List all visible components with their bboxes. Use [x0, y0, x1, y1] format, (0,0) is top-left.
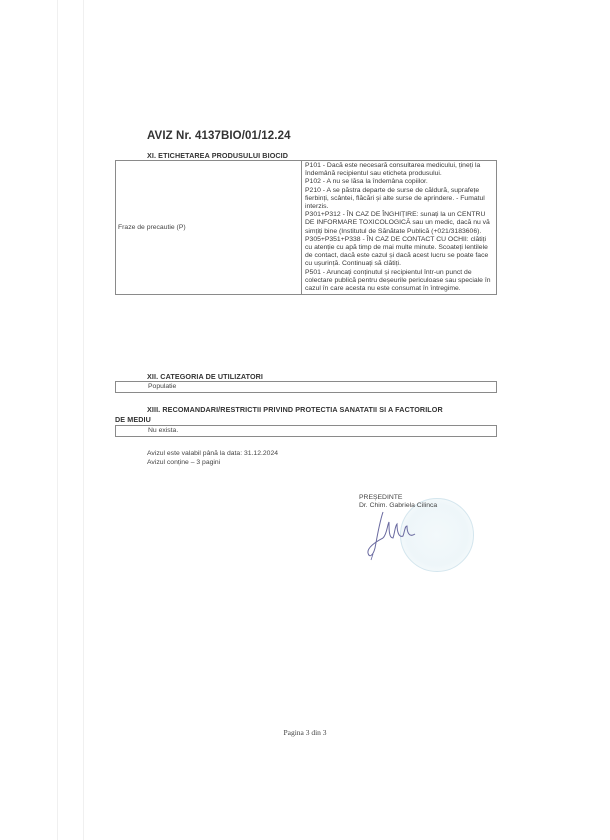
precaution-phrases: P101 - Dacă este necesară consultarea me… [302, 161, 497, 295]
page-number: Pagina 3 din 3 [0, 728, 610, 737]
labeling-table: Fraze de precautie (P) P101 - Dacă este … [115, 160, 497, 295]
scan-artifact-line [57, 0, 58, 840]
phrase-p501: P501 - Aruncați conținutul și recipientu… [305, 269, 494, 294]
scan-artifact-line [83, 0, 84, 840]
table-row: Fraze de precautie (P) P101 - Dacă este … [116, 161, 497, 295]
phrase-p210: P210 - A se păstra departe de surse de c… [305, 187, 494, 212]
recommendations-value: Nu exista. [148, 427, 178, 434]
section-xi-heading: XI. ETICHETAREA PRODUSULUI BIOCID [147, 151, 288, 160]
section-xiii-heading: XIII. RECOMANDARI/RESTRICTII PRIVIND PRO… [147, 405, 443, 414]
phrase-p301-p312: P301+P312 - ÎN CAZ DE ÎNGHIȚIRE: sunați … [305, 211, 494, 236]
phrase-p102: P102 - A nu se lăsa la îndemâna copiilor… [305, 178, 494, 186]
recommendations-box: Nu exista. [115, 425, 497, 437]
signatory-role: PREȘEDINTE [359, 494, 437, 502]
validity-note: Avizul este valabil până la data: 31.12.… [147, 450, 278, 459]
signature-icon [365, 508, 425, 564]
pages-note: Avizul conține – 3 pagini [147, 459, 220, 468]
phrase-p101: P101 - Dacă este necesară consultarea me… [305, 162, 494, 178]
section-xii-heading: XII. CATEGORIA DE UTILIZATORI [147, 372, 263, 381]
user-category-value: Populatie [148, 383, 176, 390]
user-category-box: Populatie [115, 381, 497, 393]
document-title: AVIZ Nr. 4137BIO/01/12.24 [147, 130, 291, 142]
phrase-p305-p351-p338: P305+P351+P338 - ÎN CAZ DE CONTACT CU OC… [305, 236, 494, 269]
section-xiii-heading-cont: DE MEDIU [115, 415, 151, 424]
precaution-label: Fraze de precautie (P) [116, 161, 302, 295]
